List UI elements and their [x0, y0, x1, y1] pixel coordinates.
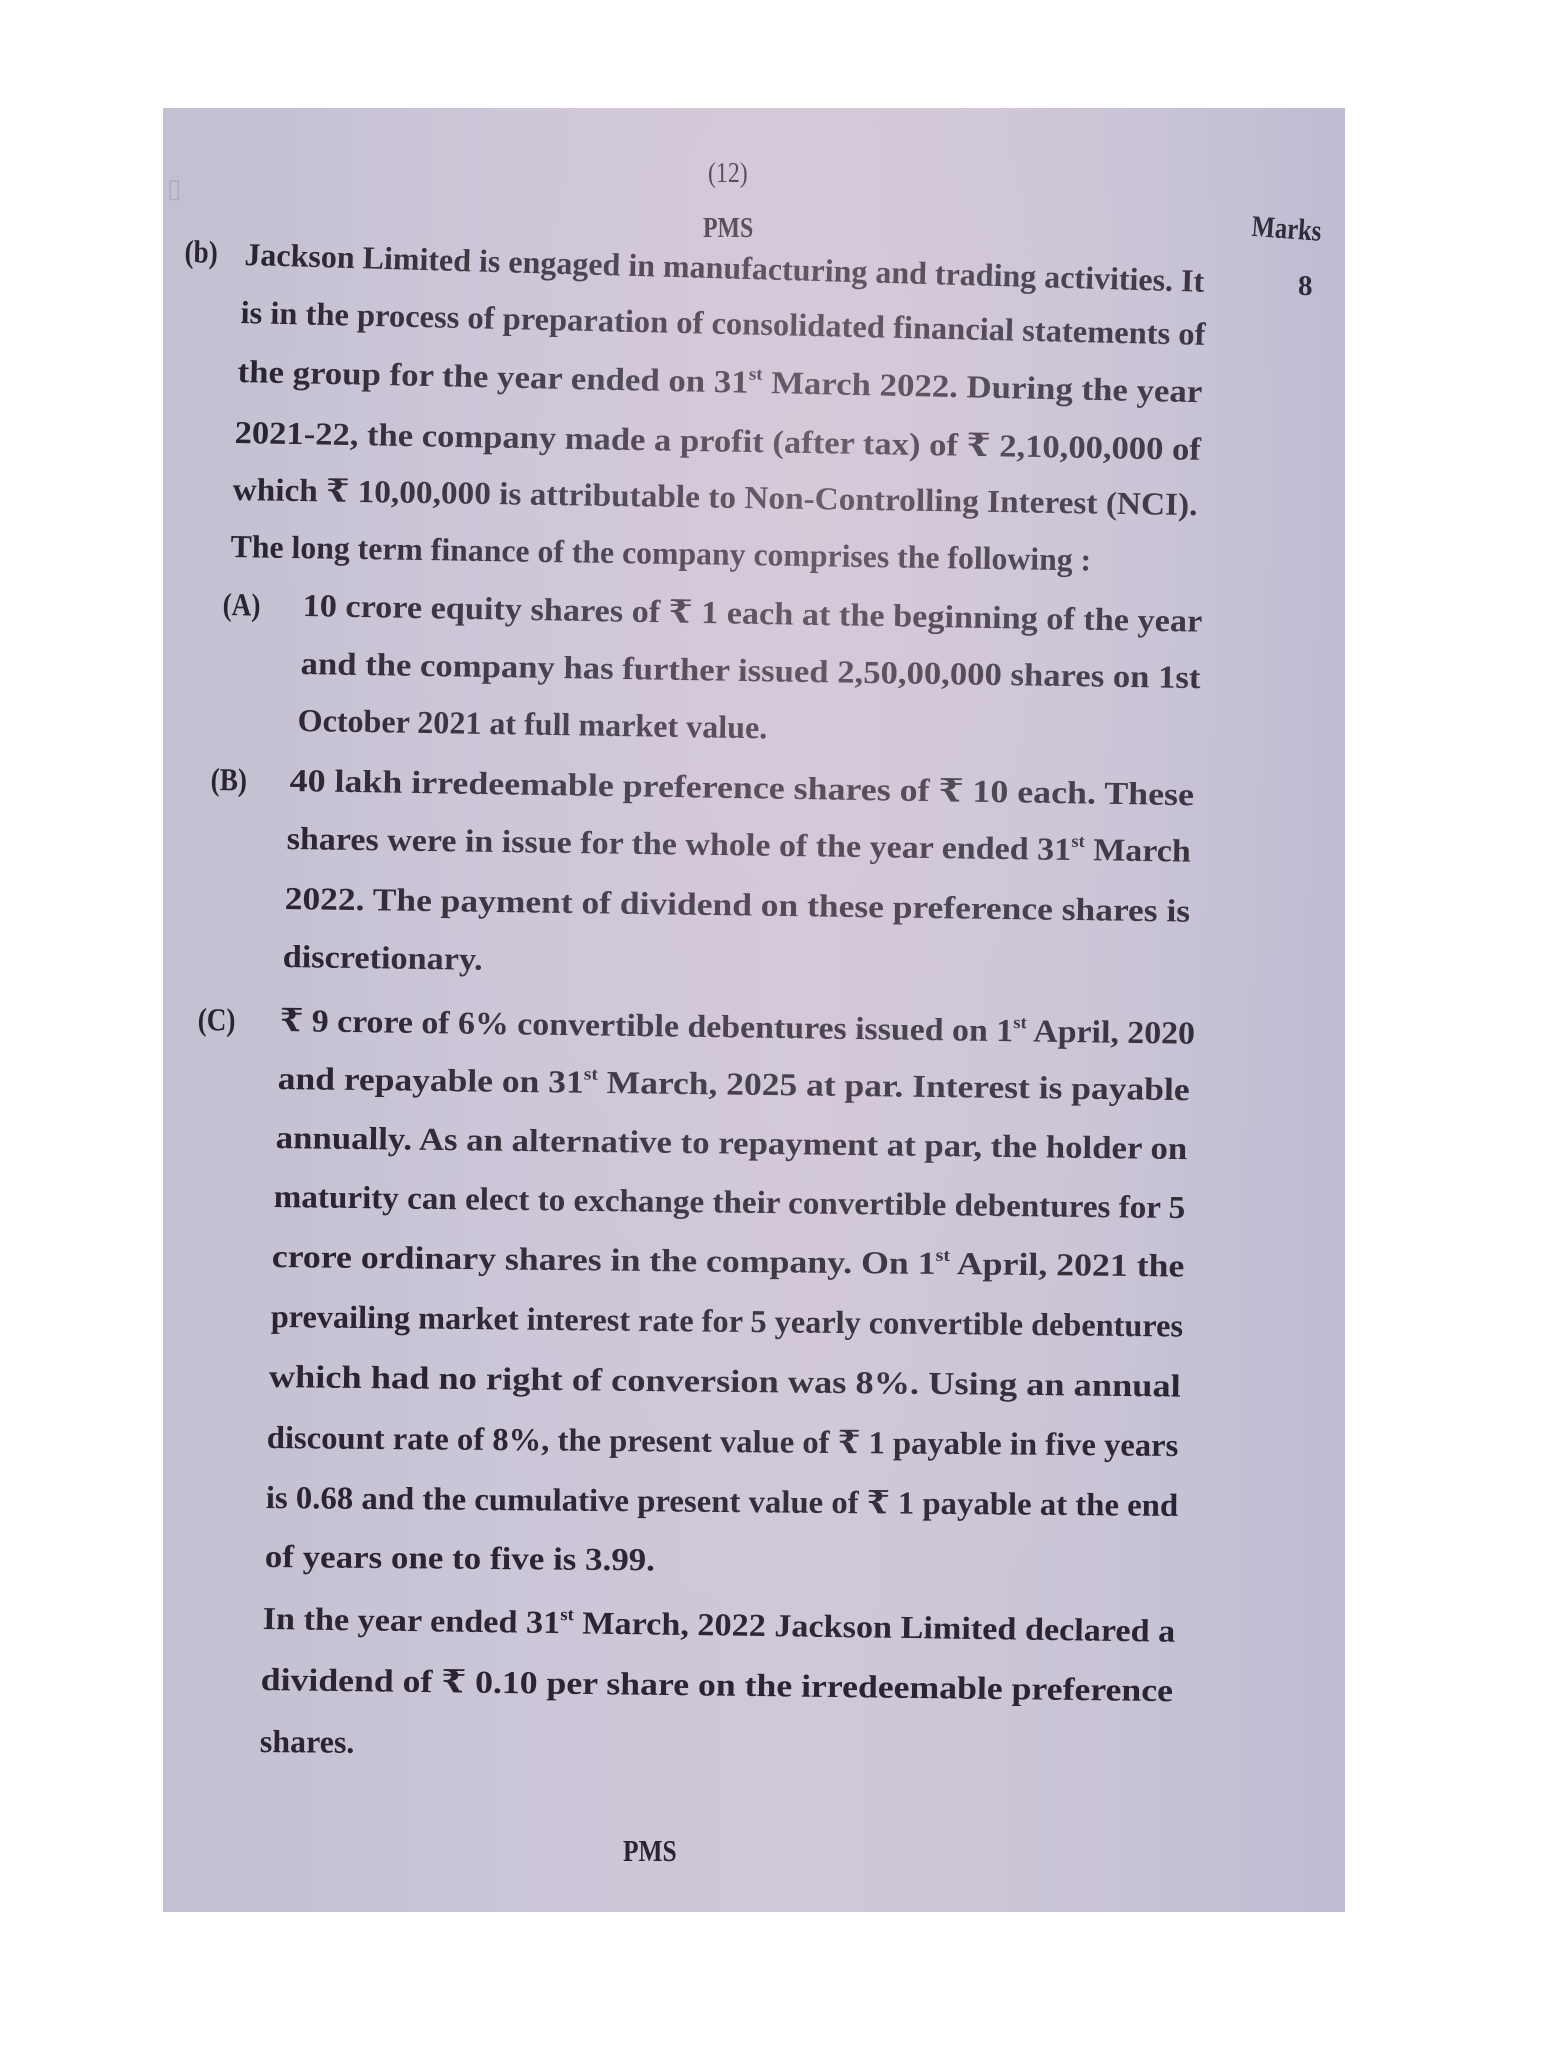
intro-line: is in the process of preparation of cons…: [240, 294, 1206, 353]
item-line: discretionary.: [282, 938, 483, 978]
closing-line: dividend of ₹ 0.10 per share on the irre…: [261, 1660, 1174, 1709]
item-line: 10 crore equity shares of ₹ 1 each at th…: [302, 586, 1202, 640]
item-label: (B): [210, 761, 247, 799]
item-line: and the company has further issued 2,50,…: [300, 645, 1200, 696]
item-line: 2022. The payment of dividend on these p…: [284, 880, 1190, 930]
item-line: annually. As an alternative to repayment…: [276, 1119, 1188, 1167]
question-label: (b): [184, 233, 218, 271]
intro-line: the group for the year ended on 31st Mar…: [237, 353, 1202, 410]
intro-line: 2021-22, the company made a profit (afte…: [234, 413, 1201, 468]
item-line: maturity can elect to exchange their con…: [274, 1178, 1186, 1226]
page-number: (12): [708, 158, 748, 190]
question-marks: 8: [1298, 270, 1313, 303]
item-line: 40 lakh irredeemable preference shares o…: [289, 761, 1194, 813]
item-line: is 0.68 and the cumulative present value…: [266, 1478, 1179, 1524]
intro-line: Jackson Limited is engaged in manufactur…: [244, 236, 1205, 300]
closing-line: shares.: [260, 1723, 355, 1761]
footer-paper-code: PMS: [623, 1833, 677, 1869]
exam-page: ▯ (12) PMS Marks 8 (b) Jackson Limited i…: [163, 108, 1345, 1912]
item-label: (A): [222, 586, 260, 624]
intro-line: The long term finance of the company com…: [230, 528, 1091, 579]
item-line: ₹ 9 crore of 6% convertible debentures i…: [279, 1001, 1195, 1052]
header-paper-code: PMS: [703, 212, 753, 245]
item-line: which had no right of conversion was 8%.…: [269, 1358, 1181, 1405]
item-line: crore ordinary shares in the company. On…: [272, 1238, 1185, 1285]
bleed-through-text: ▯: [167, 174, 181, 204]
item-line: prevailing market interest rate for 5 ye…: [271, 1298, 1184, 1345]
marks-column-heading: Marks: [1251, 210, 1323, 249]
item-line: shares were in issue for the whole of th…: [286, 820, 1191, 870]
item-label: (C): [197, 1001, 235, 1039]
item-line: of years one to five is 3.99.: [265, 1538, 655, 1578]
item-line: October 2021 at full market value.: [297, 702, 767, 746]
closing-line: In the year ended 31st March, 2022 Jacks…: [262, 1600, 1175, 1650]
item-line: and repayable on 31st March, 2025 at par…: [278, 1060, 1190, 1108]
item-line: discount rate of 8%, the present value o…: [267, 1418, 1179, 1464]
intro-line: which ₹ 10,00,000 is attributable to Non…: [232, 470, 1197, 523]
